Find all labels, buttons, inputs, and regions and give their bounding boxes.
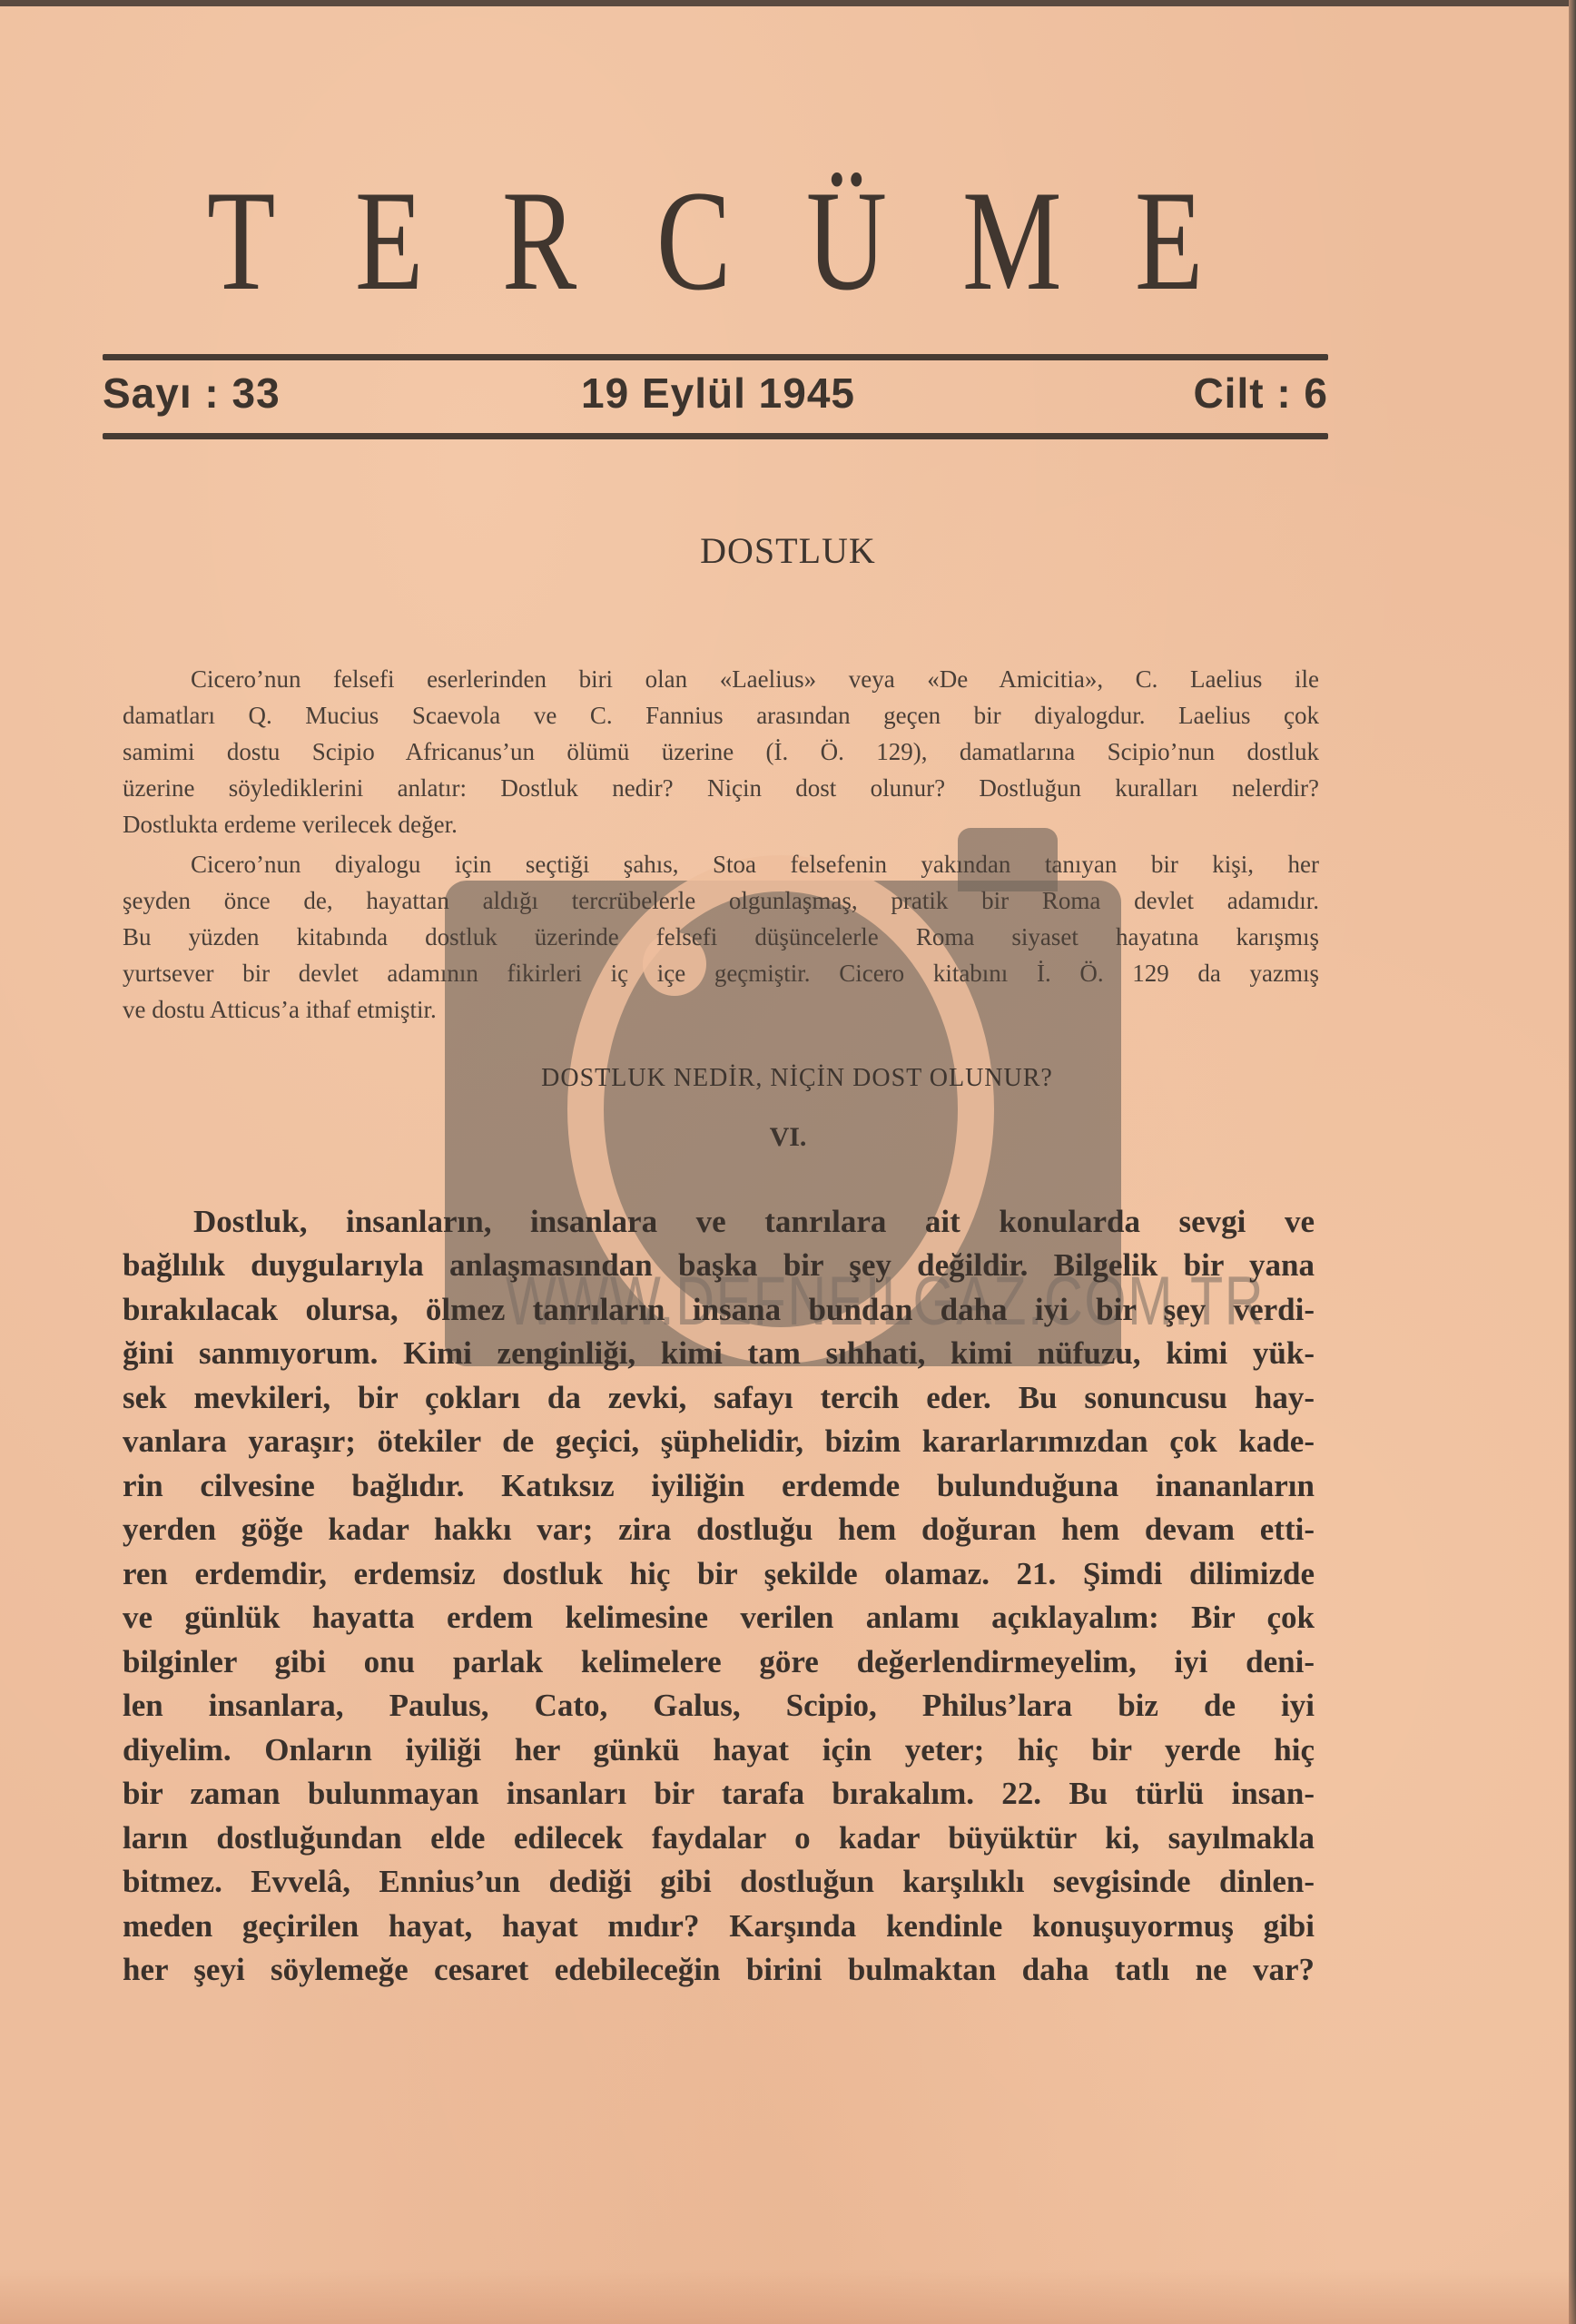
body-line: ve günlük hayatta erdem kelimesine veril… — [123, 1596, 1315, 1640]
page-bottom-stain — [0, 2270, 1576, 2324]
title-letter: M — [962, 170, 1062, 313]
title-letter: C — [656, 170, 731, 313]
intro-line: Bu yüzden kitabında dostluk üzerinde fel… — [123, 919, 1319, 955]
body-line: Dostluk, insanların, insanlara ve tanrıl… — [193, 1200, 1315, 1244]
body-line: sek mevkileri, bir çokları da zevki, saf… — [123, 1376, 1315, 1420]
body-line: yerden göğe kadar hakkı var; zira dostlu… — [123, 1508, 1315, 1551]
body-line: ren erdemdir, erdemsiz dostluk hiç bir ş… — [123, 1552, 1315, 1596]
body-line: bilginler gibi onu parlak kelimelere gör… — [123, 1640, 1315, 1684]
section-number: VI. — [0, 1122, 1576, 1153]
issue-date: 19 Eylül 1945 — [581, 369, 855, 418]
body-line: diyelim. Onların iyiliği her günkü hayat… — [123, 1728, 1315, 1772]
body-line: meden geçirilen hayat, hayat mıdır? Karş… — [123, 1905, 1315, 1948]
masthead-info-row: Sayı : 33 19 Eylül 1945 Cilt : 6 — [103, 370, 1328, 418]
body-line: len insanlara, Paulus, Cato, Galus, Scip… — [123, 1684, 1315, 1728]
title-letter: E — [1135, 170, 1203, 313]
article-title: DOSTLUK — [0, 529, 1576, 572]
title-letter: E — [355, 170, 423, 313]
intro-line: yurtsever bir devlet adamının fikirleri … — [123, 955, 1319, 991]
body-line: bırakılacak olursa, ölmez tanrıların ins… — [123, 1288, 1315, 1332]
body-line: bağlılık duygularıyla anlaşmasından başk… — [123, 1244, 1315, 1287]
body-line: ğini sanmıyorum. Kimi zenginliği, kimi t… — [123, 1332, 1315, 1375]
issue-number: Sayı : 33 — [103, 369, 281, 418]
body-line: ların dostluğundan elde edilecek faydala… — [123, 1817, 1315, 1860]
body-line: bitmez. Evvelâ, Ennius’un dediği gibi do… — [123, 1860, 1315, 1904]
body-line: bir zaman bulunmayan insanları bir taraf… — [123, 1772, 1315, 1816]
intro-line: ve dostu Atticus’a ithaf etmiştir. — [123, 991, 1319, 1028]
intro-line: şeyden önce de, hayattan aldığı tercrübe… — [123, 882, 1319, 919]
intro-line: damatları Q. Mucius Scaevola ve C. Fanni… — [123, 697, 1319, 734]
intro-line: Dostlukta erdeme verilecek değer. — [123, 806, 1319, 842]
title-letter: T — [207, 170, 275, 313]
volume-number: Cilt : 6 — [1193, 369, 1328, 418]
intro-line: Cicero’nun felsefi eserlerinden biri ola… — [191, 661, 1319, 697]
intro-line: samimi dostu Scipio Africanus’un ölümü ü… — [123, 734, 1319, 770]
page-right-edge — [1569, 0, 1576, 2324]
masthead-title: T E R C Ü M E — [207, 186, 1226, 313]
section-heading: DOSTLUK NEDİR, NİÇİN DOST OLUNUR? — [0, 1064, 1576, 1093]
intro-line: üzerine söylediklerini anlatır: Dostluk … — [123, 770, 1319, 806]
masthead-bottom-rule — [103, 433, 1328, 439]
page-top-edge — [0, 0, 1576, 6]
body-line: her şeyi söylemeğe cesaret edebileceğin … — [123, 1948, 1315, 1992]
intro-line: Cicero’nun diyalogu için seçtiği şahıs, … — [191, 846, 1319, 882]
body-line: rin cilvesine bağlıdır. Katıksız iyiliği… — [123, 1464, 1315, 1508]
masthead-top-rule — [103, 354, 1328, 360]
title-letter: Ü — [806, 170, 887, 313]
title-letter: R — [502, 170, 576, 313]
body-line: vanlara yaraşır; ötekiler de geçici, şüp… — [123, 1420, 1315, 1463]
